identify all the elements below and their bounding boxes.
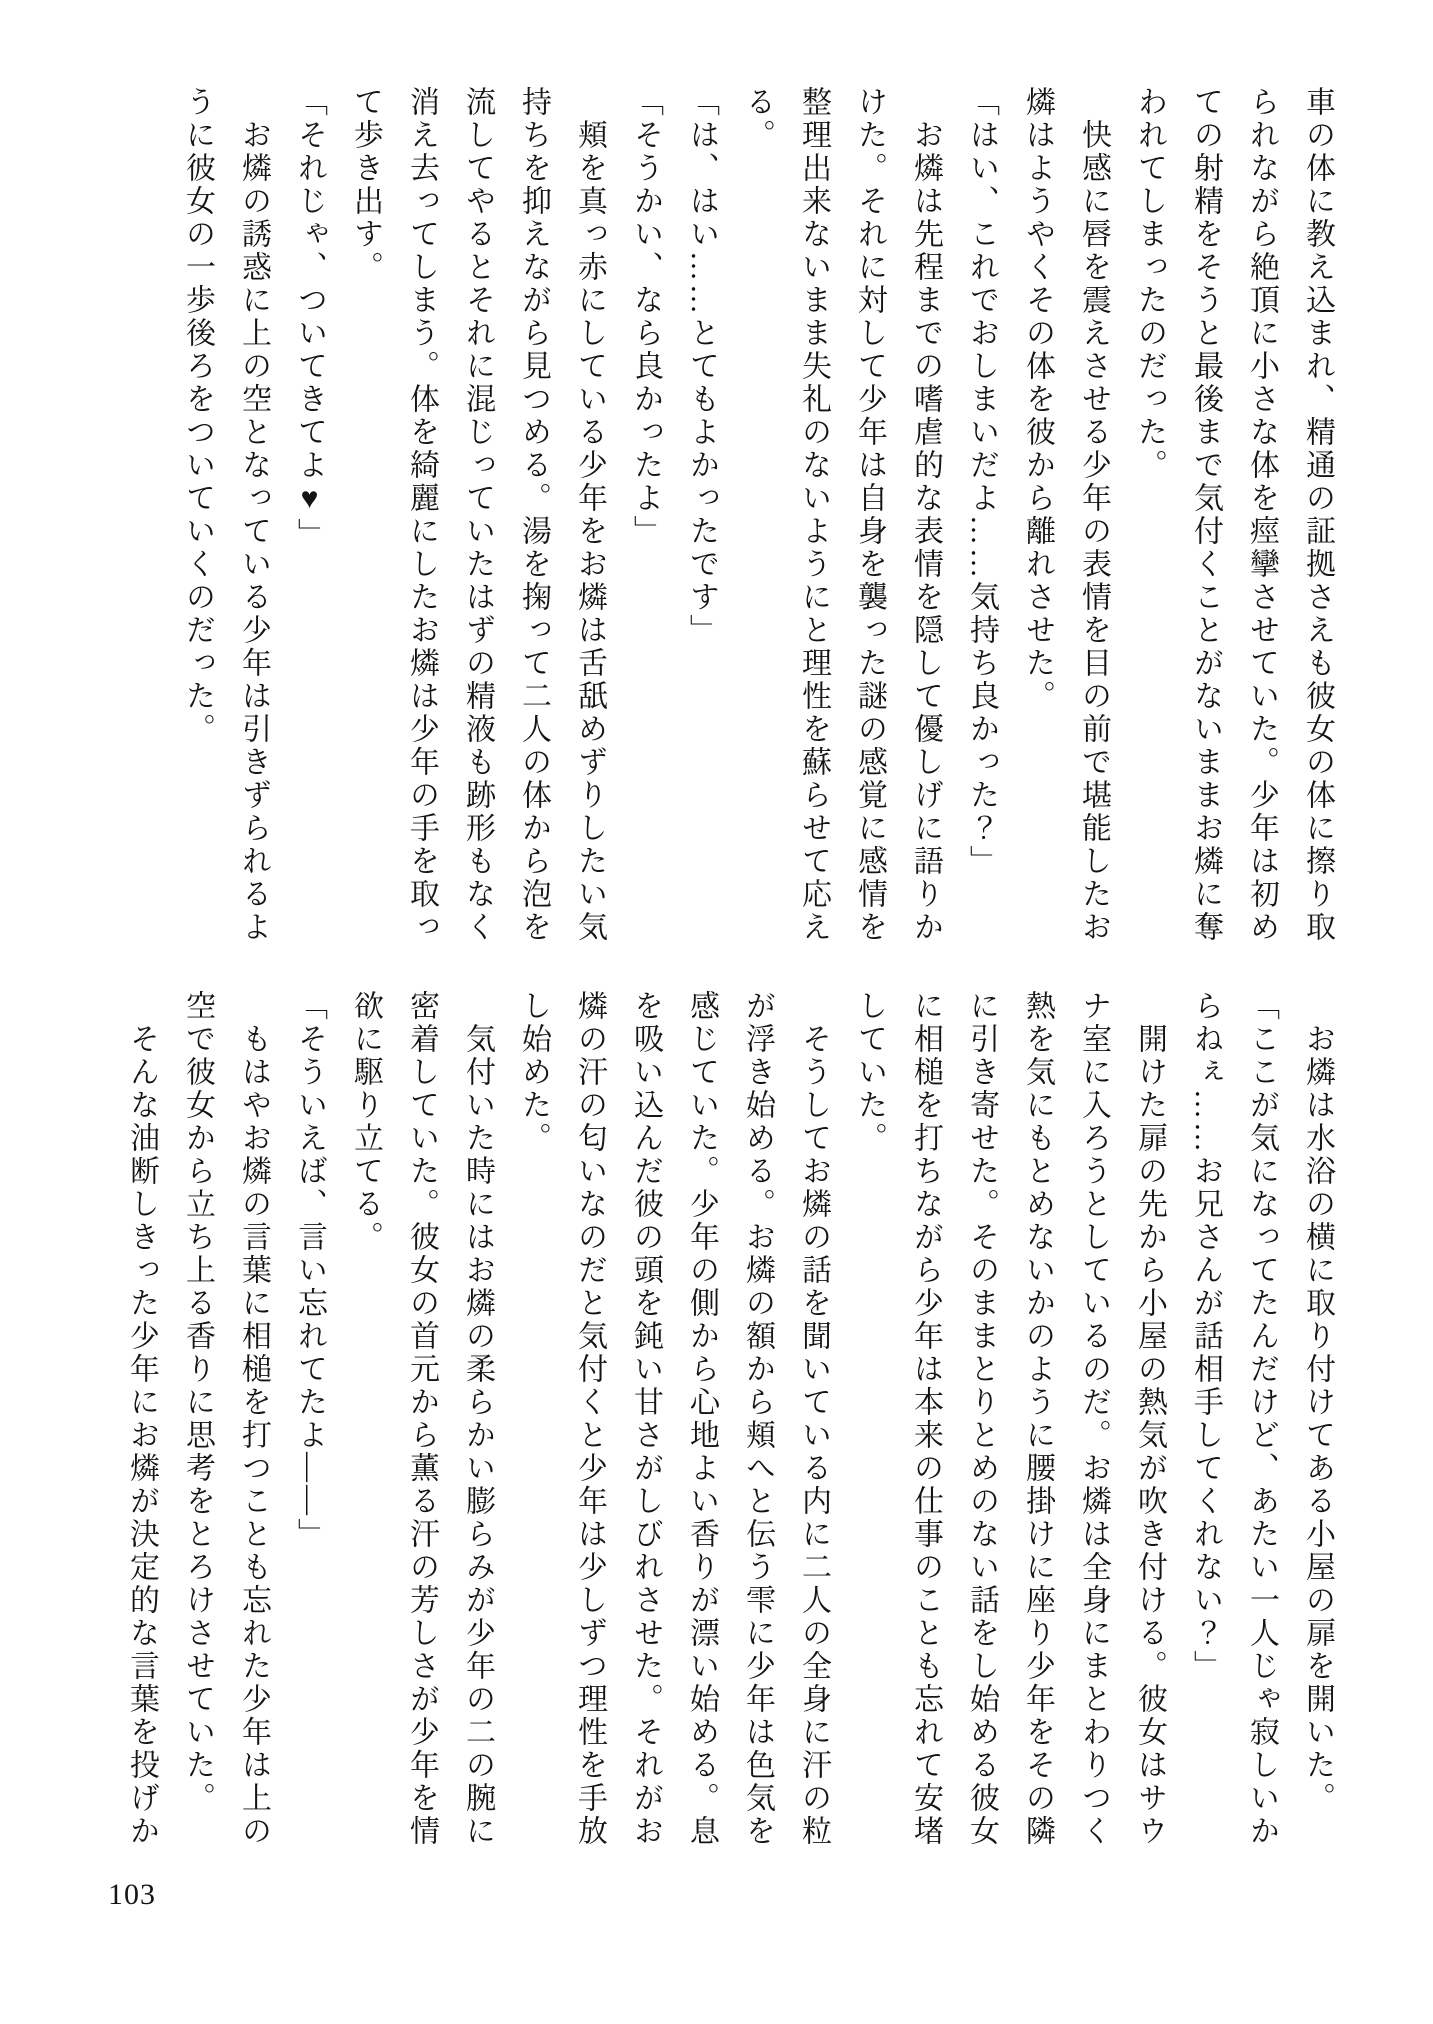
text-column: を吸い込んだ彼の頭を鈍い甘さがしびれさせた。それがお — [617, 990, 673, 1848]
text-column: が浮き始める。お燐の額から頬へと伝う雫に少年は色気を — [729, 990, 785, 1848]
text-column: うに彼女の一歩後ろをついていくのだった。 — [169, 86, 225, 944]
text-column: 持ちを抑えながら見つめる。湯を掬って二人の体から泡を — [505, 86, 561, 944]
text-column: 頬を真っ赤にしている少年をお燐は舌舐めずりしたい気 — [561, 86, 617, 944]
text-column: 感じていた。少年の側から心地よい香りが漂い始める。息 — [673, 990, 729, 1848]
text-column: 「そういえば、言い忘れてたよ――」 — [281, 990, 337, 1848]
text-column: 開けた扉の先から小屋の熱気が吹き付ける。彼女はサウ — [1121, 990, 1177, 1848]
text-column: 熱を気にもとめないかのように腰掛けに座り少年をその隣 — [1009, 990, 1065, 1848]
text-column: に相槌を打ちながら少年は本来の仕事のことも忘れて安堵 — [897, 990, 953, 1848]
text-column: 燐の汗の匂いなのだと気付くと少年は少しずつ理性を手放 — [561, 990, 617, 1848]
text-column: 空で彼女から立ち上る香りに思考をとろけさせていた。 — [169, 990, 225, 1848]
upper-text-block: 車の体に教え込まれ、精通の証拠さえも彼女の体に擦り取られながら絶頂に小さな体を痙… — [169, 86, 1345, 944]
text-column: 欲に駆り立てる。 — [337, 990, 393, 1848]
text-column: 「は、はい……とてもよかったです」 — [673, 86, 729, 944]
text-column: お燐は先程までの嗜虐的な表情を隠して優しげに語りか — [897, 86, 953, 944]
text-column: 車の体に教え込まれ、精通の証拠さえも彼女の体に擦り取 — [1289, 86, 1345, 944]
text-column: 流してやるとそれに混じっていたはずの精液も跡形もなく — [449, 86, 505, 944]
text-column: 「はい、これでおしまいだよ……気持ち良かった？」 — [953, 86, 1009, 944]
text-column: に引き寄せた。そのままとりとめのない話をし始める彼女 — [953, 990, 1009, 1848]
text-column: て歩き出す。 — [337, 86, 393, 944]
text-column: 「ここが気になってたんだけど、あたい一人じゃ寂しいか — [1233, 990, 1289, 1848]
text-column: し始めた。 — [505, 990, 561, 1848]
text-column: ての射精をそうと最後まで気付くことがないままお燐に奪 — [1177, 86, 1233, 944]
document-page: 車の体に教え込まれ、精通の証拠さえも彼女の体に擦り取られながら絶頂に小さな体を痙… — [0, 0, 1433, 2024]
text-column: もはやお燐の言葉に相槌を打つことも忘れた少年は上の — [225, 990, 281, 1848]
text-column: らねぇ……お兄さんが話相手してくれない？」 — [1177, 990, 1233, 1848]
text-column: る。 — [729, 86, 785, 944]
text-column: 密着していた。彼女の首元から薫る汗の芳しさが少年を情 — [393, 990, 449, 1848]
text-column: 「そうかい、なら良かったよ」 — [617, 86, 673, 944]
text-column: そうしてお燐の話を聞いている内に二人の全身に汗の粒 — [785, 990, 841, 1848]
text-column: われてしまったのだった。 — [1121, 86, 1177, 944]
text-column: けた。それに対して少年は自身を襲った謎の感覚に感情を — [841, 86, 897, 944]
text-column: していた。 — [841, 990, 897, 1848]
text-column: 気付いた時にはお燐の柔らかい膨らみが少年の二の腕に — [449, 990, 505, 1848]
page-number: 103 — [108, 1878, 156, 1912]
text-column: 消え去ってしまう。体を綺麗にしたお燐は少年の手を取っ — [393, 86, 449, 944]
text-column: ナ室に入ろうとしているのだ。お燐は全身にまとわりつく — [1065, 990, 1121, 1848]
text-column: 快感に唇を震えさせる少年の表情を目の前で堪能したお — [1065, 86, 1121, 944]
lower-text-block: お燐は水浴の横に取り付けてある小屋の扉を開いた。「ここが気になってたんだけど、あ… — [113, 990, 1345, 1848]
text-column: そんな油断しきった少年にお燐が決定的な言葉を投げか — [113, 990, 169, 1848]
text-column: お燐は水浴の横に取り付けてある小屋の扉を開いた。 — [1289, 990, 1345, 1848]
text-column: 「それじゃ、ついてきてよ♥」 — [281, 86, 337, 944]
text-column: られながら絶頂に小さな体を痙攣させていた。少年は初め — [1233, 86, 1289, 944]
text-column: 燐はようやくその体を彼から離れさせた。 — [1009, 86, 1065, 944]
text-column: お燐の誘惑に上の空となっている少年は引きずられるよ — [225, 86, 281, 944]
text-column: 整理出来ないまま失礼のないようにと理性を蘇らせて応え — [785, 86, 841, 944]
